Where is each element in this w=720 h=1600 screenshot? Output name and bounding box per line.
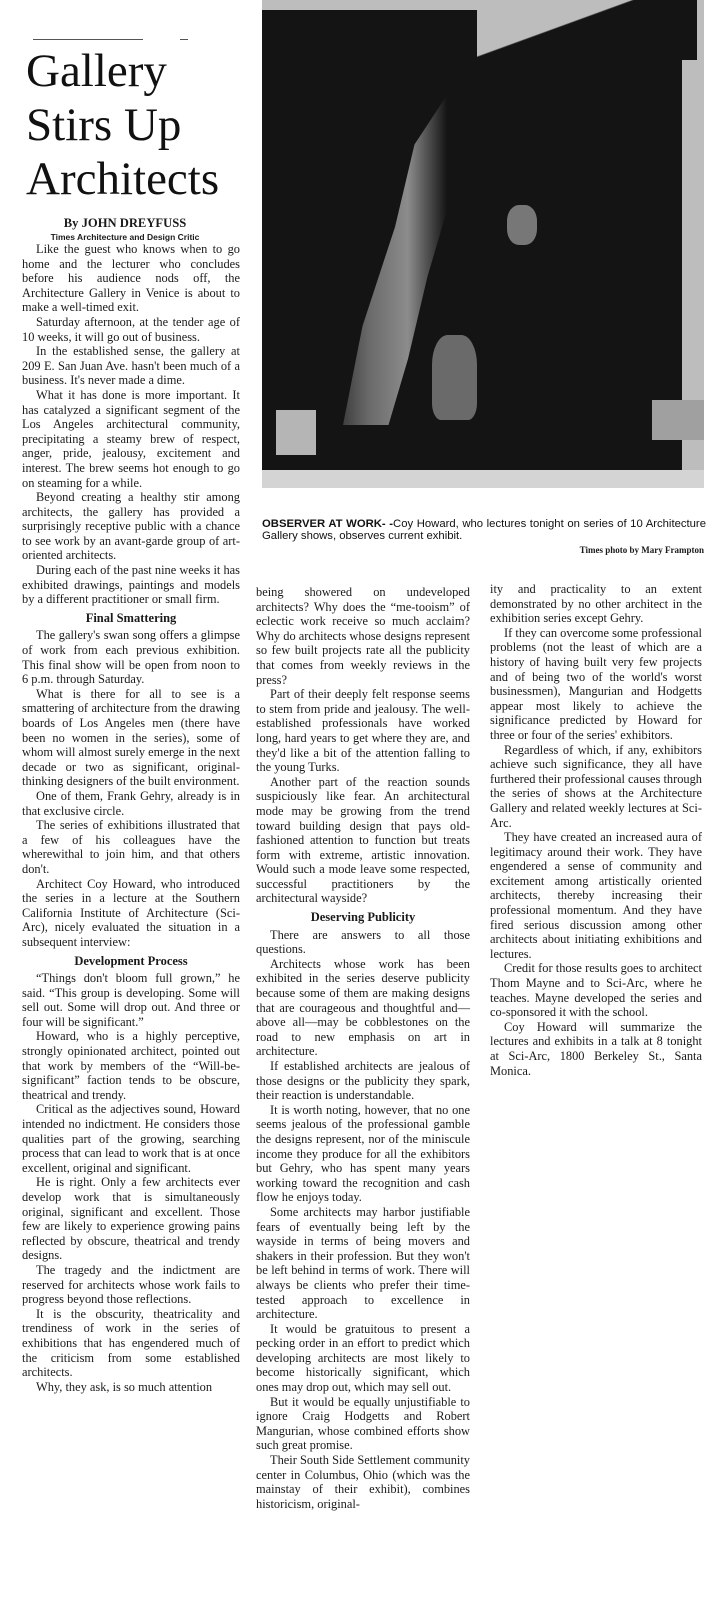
headline: Gallery Stirs Up Architects	[26, 44, 256, 206]
photo-architecture-model	[652, 400, 704, 440]
paragraph: The gallery's swan song offers a glimpse…	[22, 628, 240, 686]
paragraph: Saturday afternoon, at the tender age of…	[22, 315, 240, 344]
paragraph: What is there for all to see is a smatte…	[22, 687, 240, 789]
paragraph: Howard, who is a highly perceptive, stro…	[22, 1029, 240, 1102]
paragraph: It is the obscurity, theatricality and t…	[22, 1307, 240, 1380]
caption-lead: OBSERVER AT WORK- -	[262, 518, 393, 530]
paragraph: He is right. Only a few architects ever …	[22, 1175, 240, 1263]
paragraph: Architects whose work has been exhibited…	[256, 957, 470, 1059]
paragraph: If they can overcome some professional p…	[490, 626, 702, 743]
byline: By JOHN DREYFUSS	[0, 216, 250, 231]
paragraph: “Things don't bloom full grown,” he said…	[22, 971, 240, 1029]
paragraph: In the established sense, the gallery at…	[22, 344, 240, 388]
article-column-2: being showered on undeveloped architects…	[256, 585, 470, 1511]
paragraph: They have created an increased aura of l…	[490, 830, 702, 961]
photo-person-hand	[432, 335, 477, 420]
paragraph: Credit for those results goes to archite…	[490, 961, 702, 1019]
section-subhead: Final Smattering	[22, 611, 240, 626]
article-photo	[262, 0, 704, 488]
photo-light-wedge	[477, 0, 697, 60]
section-subhead: Development Process	[22, 954, 240, 969]
photo-caption: OBSERVER AT WORK- -Coy Howard, who lectu…	[262, 518, 706, 542]
paragraph: It would be gratuitous to present a peck…	[256, 1322, 470, 1395]
paragraph: It is worth noting, however, that no one…	[256, 1103, 470, 1205]
byline-title: Times Architecture and Design Critic	[0, 232, 250, 242]
paragraph: If established architects are jealous of…	[256, 1059, 470, 1103]
photo-credit: Times photo by Mary Frampton	[500, 545, 704, 555]
paragraph: Some architects may harbor justifiable f…	[256, 1205, 470, 1322]
paragraph: Architect Coy Howard, who introduced the…	[22, 877, 240, 950]
paragraph: ity and practicality to an extent demons…	[490, 582, 702, 626]
article-column-1: Like the guest who knows when to go home…	[22, 242, 240, 1394]
paragraph: What it has done is more important. It h…	[22, 388, 240, 490]
photo-exhibit-card	[276, 410, 316, 455]
paragraph: Regardless of which, if any, exhibitors …	[490, 743, 702, 831]
headline-rule	[33, 39, 143, 40]
paragraph: But it would be equally unjustifiable to…	[256, 1395, 470, 1453]
headline-rule-short	[180, 39, 188, 40]
photo-person-face	[507, 205, 537, 245]
paragraph: Another part of the reaction sounds susp…	[256, 775, 470, 906]
paragraph: Like the guest who knows when to go home…	[22, 242, 240, 315]
paragraph: Part of their deeply felt response seems…	[256, 687, 470, 775]
photo-floor	[262, 470, 704, 488]
paragraph: Beyond creating a healthy stir among arc…	[22, 490, 240, 563]
section-subhead: Deserving Publicity	[256, 910, 470, 925]
article-column-3: ity and practicality to an extent demons…	[490, 582, 702, 1078]
paragraph: being showered on undeveloped architects…	[256, 585, 470, 687]
paragraph: During each of the past nine weeks it ha…	[22, 563, 240, 607]
paragraph: There are answers to all those questions…	[256, 928, 470, 957]
paragraph: Critical as the adjectives sound, Howard…	[22, 1102, 240, 1175]
paragraph: Coy Howard will summarize the lectures a…	[490, 1020, 702, 1078]
paragraph: One of them, Frank Gehry, already is in …	[22, 789, 240, 818]
paragraph: Why, they ask, is so much attention	[22, 1380, 240, 1395]
paragraph: Their South Side Settlement community ce…	[256, 1453, 470, 1511]
paragraph: The tragedy and the indictment are reser…	[22, 1263, 240, 1307]
paragraph: The series of exhibitions illustrated th…	[22, 818, 240, 876]
